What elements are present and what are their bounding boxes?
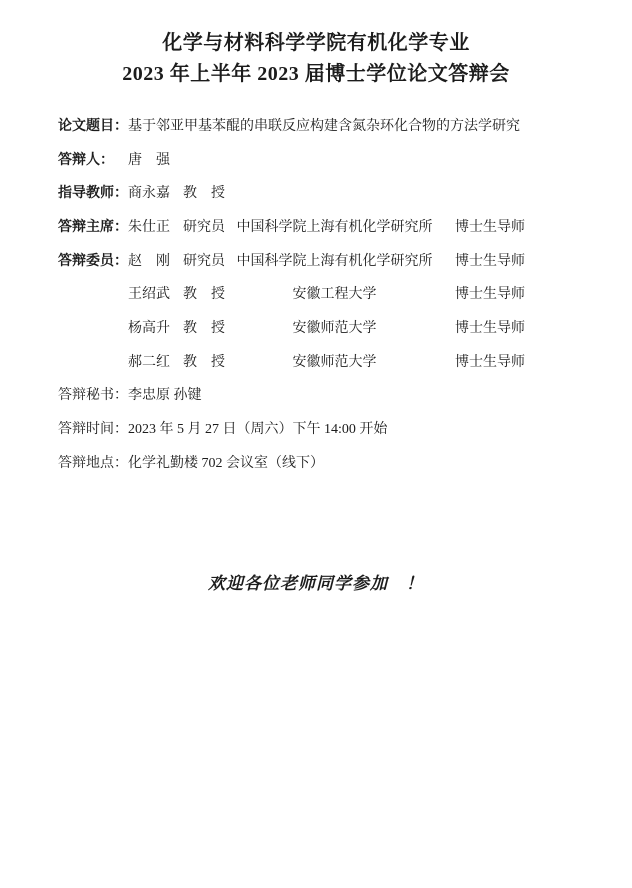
secretary-row: 答辩秘书： 李忠原 孙键 xyxy=(58,378,612,412)
chair-institution: 中国科学院上海有机化学研究所 xyxy=(232,216,437,236)
committee-member-title: 教 授 xyxy=(183,317,232,337)
advisor-label: 指导教师： xyxy=(58,182,128,202)
welcome-message: 欢迎各位老师同学参加 ！ xyxy=(0,572,632,596)
document-page: 化学与材料科学学院有机化学专业 2023 年上半年 2023 届博士学位论文答辩… xyxy=(0,0,632,888)
committee-member-role: 博士生导师 xyxy=(455,317,525,337)
defender-label: 答辩人： xyxy=(58,149,128,169)
chair-label: 答辩主席： xyxy=(58,216,128,236)
committee-row: 答辩委员： 赵 刚 研究员 中国科学院上海有机化学研究所 博士生导师 xyxy=(58,243,612,277)
committee-row: 杨高升 教 授 安徽师范大学 博士生导师 xyxy=(58,310,612,344)
committee-member-role: 博士生导师 xyxy=(455,351,525,371)
committee-member-institution: 中国科学院上海有机化学研究所 xyxy=(232,250,437,270)
committee-row: 郝二红 教 授 安徽师范大学 博士生导师 xyxy=(58,344,612,378)
committee-member-name: 杨高升 xyxy=(128,317,183,337)
location-value: 化学礼勤楼 702 会议室（线下） xyxy=(128,452,324,472)
time-row: 答辩时间： 2023 年 5 月 27 日（周六）下午 14:00 开始 xyxy=(58,411,612,445)
committee-member-name: 赵 刚 xyxy=(128,250,183,270)
location-label: 答辩地点： xyxy=(58,452,128,472)
chair-row: 答辩主席： 朱仕正 研究员 中国科学院上海有机化学研究所 博士生导师 xyxy=(58,209,612,243)
chair-role: 博士生导师 xyxy=(455,216,525,236)
defender-name: 唐 强 xyxy=(128,149,183,169)
thesis-title-value: 基于邻亚甲基苯醌的串联反应构建含氮杂环化合物的方法学研究 xyxy=(128,115,520,135)
committee-label: 答辩委员： xyxy=(58,250,128,270)
committee-member-name: 王绍武 xyxy=(128,283,183,303)
page-title-line2: 2023 年上半年 2023 届博士学位论文答辩会 xyxy=(0,59,632,90)
time-label: 答辩时间： xyxy=(58,418,128,438)
committee-row: 王绍武 教 授 安徽工程大学 博士生导师 xyxy=(58,276,612,310)
thesis-title-label: 论文题目： xyxy=(58,115,128,135)
time-value: 2023 年 5 月 27 日（周六）下午 14:00 开始 xyxy=(128,418,387,438)
advisor-title: 教 授 xyxy=(183,182,232,202)
chair-title: 研究员 xyxy=(183,216,232,236)
advisor-row: 指导教师： 商永嘉 教 授 xyxy=(58,175,612,209)
secretary-label: 答辩秘书： xyxy=(58,384,128,404)
committee-member-institution: 安徽工程大学 xyxy=(232,283,437,303)
committee-member-name: 郝二红 xyxy=(128,351,183,371)
chair-name: 朱仕正 xyxy=(128,216,183,236)
document-header: 化学与材料科学学院有机化学专业 2023 年上半年 2023 届博士学位论文答辩… xyxy=(0,28,632,90)
advisor-name: 商永嘉 xyxy=(128,182,183,202)
committee-member-role: 博士生导师 xyxy=(455,283,525,303)
committee-member-role: 博士生导师 xyxy=(455,250,525,270)
defender-row: 答辩人： 唐 强 xyxy=(58,142,612,176)
secretary-value: 李忠原 孙键 xyxy=(128,384,202,404)
location-row: 答辩地点： 化学礼勤楼 702 会议室（线下） xyxy=(58,445,612,479)
committee-member-title: 教 授 xyxy=(183,351,232,371)
committee-member-title: 研究员 xyxy=(183,250,232,270)
page-title-line1: 化学与材料科学学院有机化学专业 xyxy=(0,28,632,59)
committee-member-title: 教 授 xyxy=(183,283,232,303)
thesis-title-row: 论文题目： 基于邻亚甲基苯醌的串联反应构建含氮杂环化合物的方法学研究 xyxy=(58,108,612,142)
committee-member-institution: 安徽师范大学 xyxy=(232,317,437,337)
committee-member-institution: 安徽师范大学 xyxy=(232,351,437,371)
document-body: 论文题目： 基于邻亚甲基苯醌的串联反应构建含氮杂环化合物的方法学研究 答辩人： … xyxy=(58,108,612,479)
